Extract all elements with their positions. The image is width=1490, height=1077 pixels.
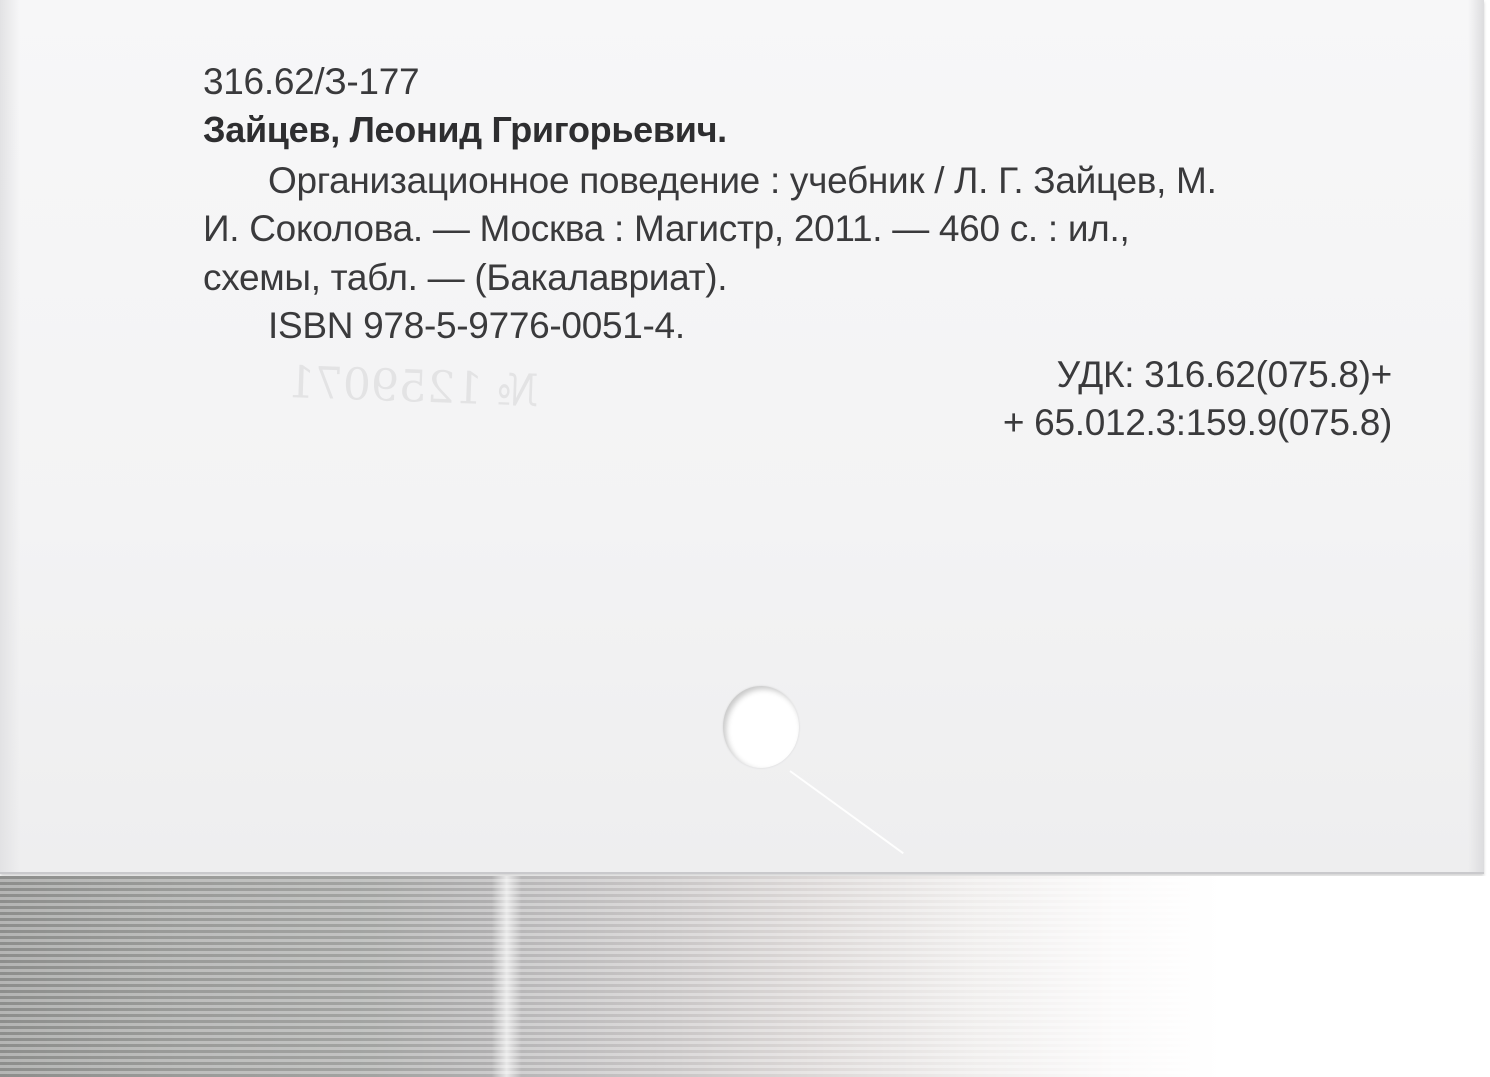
description-line-3: схемы, табл. — (Бакалавриат). (203, 259, 727, 296)
catalog-card: 316.62/З-177 Зайцев, Леонид Григорьевич.… (0, 0, 1484, 874)
isbn: ISBN 978-5-9776-0051-4. (268, 307, 685, 344)
description-line-1: Организационное поведение : учебник / Л.… (268, 162, 1217, 199)
faint-inventory-stamp: № 1259071 (207, 354, 540, 445)
punch-hole (723, 686, 799, 768)
paper-crease (789, 770, 903, 854)
shelfmark: 316.62/З-177 (203, 63, 419, 100)
udk-line-2: + 65.012.3:159.9(075.8) (1003, 404, 1392, 441)
author-heading: Зайцев, Леонид Григорьевич. (203, 112, 727, 148)
description-line-2: И. Соколова. — Москва : Магистр, 2011. —… (203, 210, 1129, 247)
udk-line-1: УДК: 316.62(075.8)+ (1057, 356, 1392, 393)
scanner-background (0, 876, 1490, 1077)
